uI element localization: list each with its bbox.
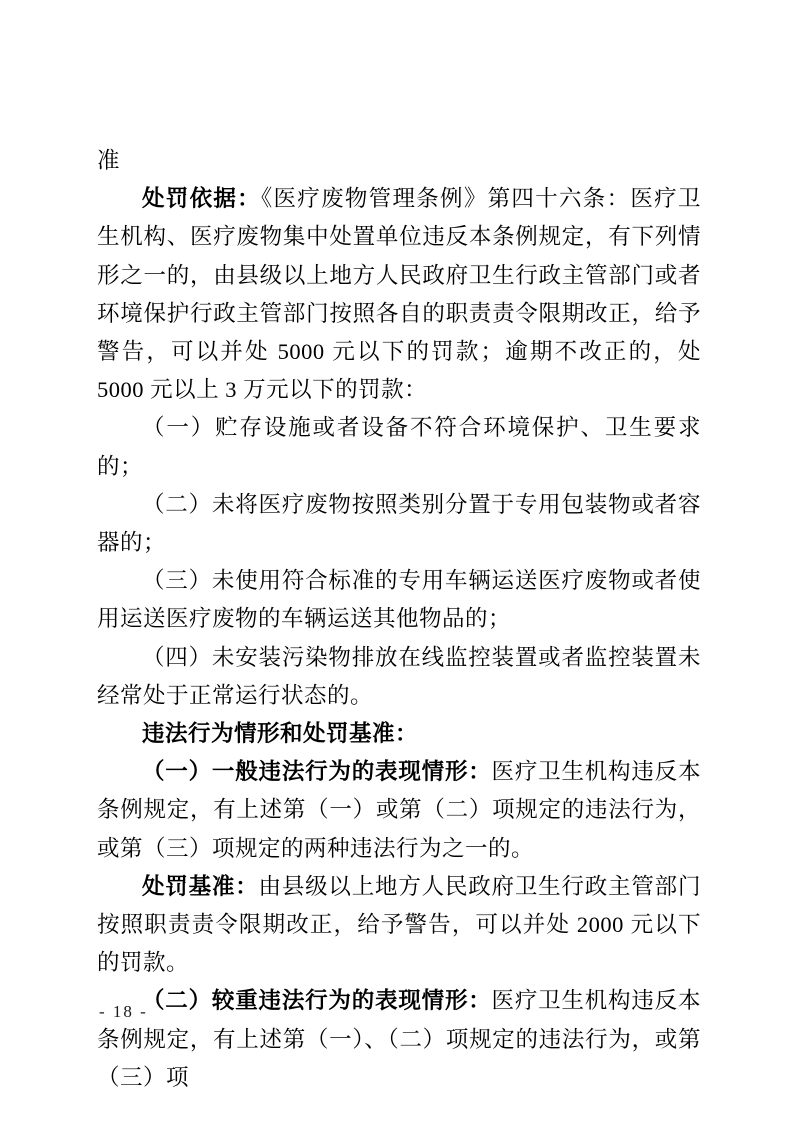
paragraph-label: （一）一般违法行为的表现情形： — [142, 759, 492, 784]
paragraph-text: （三）未使用符合标准的专用车辆运送医疗废物或者使用运送医疗废物的车辆运送其他物品… — [97, 568, 701, 631]
paragraph-label: 处罚基准： — [142, 874, 259, 899]
paragraph-text: （一）贮存设施或者设备不符合环境保护、卫生要求的； — [97, 415, 701, 478]
paragraph-text: 准 — [97, 148, 120, 173]
list-item-2: （二）未将医疗废物按照类别分置于专用包装物或者容器的； — [97, 486, 701, 562]
list-item-4: （四）未安装污染物排放在线监控装置或者监控装置未经常处于正常运行状态的。 — [97, 639, 701, 715]
paragraph-text: （四）未安装污染物排放在线监控装置或者监控装置未经常处于正常运行状态的。 — [97, 645, 701, 708]
paragraph-text: （二）未将医疗废物按照类别分置于专用包装物或者容器的； — [97, 492, 701, 555]
continuation-line: 准 — [97, 142, 701, 180]
paragraph-label: （二）较重违法行为的表现情形： — [142, 988, 492, 1013]
document-page: 准 处罚依据：《医疗废物管理条例》第四十六条：医疗卫生机构、医疗废物集中处置单位… — [0, 0, 793, 1122]
page-number: - 18 - — [99, 1002, 148, 1022]
paragraph-label: 违法行为情形和处罚基准： — [142, 721, 418, 746]
section-heading-violations: 违法行为情形和处罚基准： — [97, 715, 701, 753]
paragraph-label: 处罚依据： — [142, 186, 261, 211]
paragraph-text: 《医疗废物管理条例》第四十六条：医疗卫生机构、医疗废物集中处置单位违反本条例规定… — [97, 186, 701, 402]
list-item-1: （一）贮存设施或者设备不符合环境保护、卫生要求的； — [97, 409, 701, 485]
paragraph-penalty-basis: 处罚依据：《医疗废物管理条例》第四十六条：医疗卫生机构、医疗废物集中处置单位违反… — [97, 180, 701, 409]
list-item-3: （三）未使用符合标准的专用车辆运送医疗废物或者使用运送医疗废物的车辆运送其他物品… — [97, 562, 701, 638]
paragraph-serious-violation: （二）较重违法行为的表现情形：医疗卫生机构违反本条例规定，有上述第（一）、（二）… — [97, 982, 701, 1097]
paragraph-penalty-standard: 处罚基准：由县级以上地方人民政府卫生行政主管部门按照职责责令限期改正，给予警告，… — [97, 868, 701, 983]
paragraph-general-violation: （一）一般违法行为的表现情形：医疗卫生机构违反本条例规定，有上述第（一）或第（二… — [97, 753, 701, 868]
document-body: 准 处罚依据：《医疗废物管理条例》第四十六条：医疗卫生机构、医疗废物集中处置单位… — [97, 142, 701, 1097]
